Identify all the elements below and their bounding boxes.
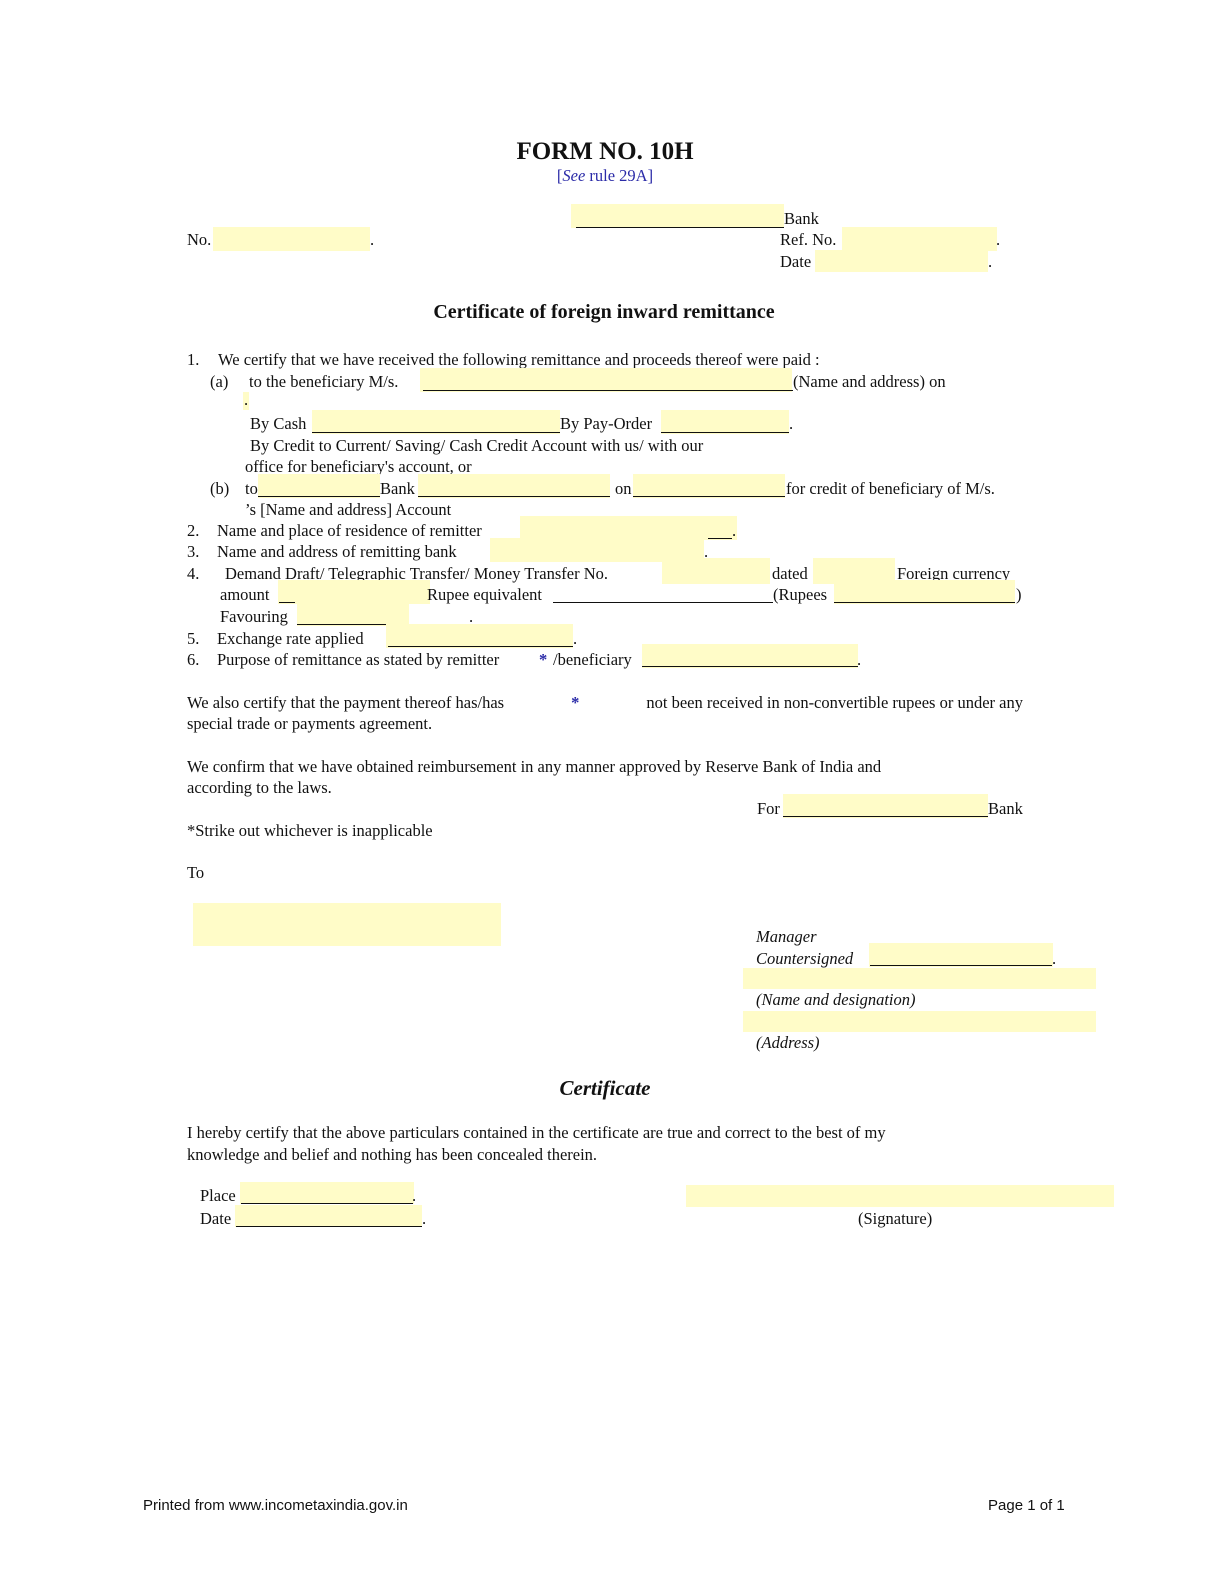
rupee-equivalent-underline: [553, 582, 773, 603]
for-label: For: [757, 799, 780, 819]
by-pay-order-label: By Pay-Order: [560, 414, 652, 434]
certificate-title: Certificate: [0, 1075, 1210, 1101]
ref-no-period: .: [996, 230, 1000, 250]
item-4-rupee-equivalent: Rupee equivalent: [427, 585, 542, 605]
item-2-text: Name and place of residence of remitter: [217, 521, 482, 541]
countersigned-label: Countersigned: [756, 949, 853, 969]
purpose-underline: [642, 646, 858, 667]
no-period: .: [370, 230, 374, 250]
item-6-beneficiary: /beneficiary: [553, 650, 632, 670]
transfer-no-field[interactable]: [662, 558, 770, 584]
item-4-favouring: Favouring: [220, 607, 288, 627]
exchange-rate-period: .: [573, 629, 577, 649]
item-b-on: on: [615, 479, 632, 499]
bank-name-underline: [576, 206, 784, 228]
b-on-underline: [633, 476, 785, 497]
remitter-underline: [708, 518, 732, 539]
rule-text: rule 29A]: [585, 166, 653, 185]
amount-underline: [279, 582, 295, 603]
countersigned-underline: [870, 945, 1052, 966]
form-title: FORM NO. 10H: [0, 137, 1210, 167]
item-6-number: 6.: [187, 650, 199, 670]
purpose-period: .: [857, 650, 861, 670]
item-4-amount: amount: [220, 585, 270, 605]
item-b-label: (b): [210, 479, 229, 499]
no-label: No.: [187, 230, 211, 250]
certificate-line-2: knowledge and belief and nothing has bee…: [187, 1145, 597, 1165]
place-underline: [241, 1183, 413, 1204]
date-on-period: .: [244, 390, 248, 410]
for-bank-underline: [783, 796, 988, 817]
strike-out-note: *Strike out whichever is inapplicable: [187, 821, 433, 841]
rule-reference: [See rule 29A]: [0, 166, 1210, 186]
name-address-on: (Name and address) on: [793, 372, 946, 392]
amount-field[interactable]: [278, 580, 430, 604]
date-field[interactable]: [815, 250, 988, 272]
by-pay-order-underline: [661, 412, 789, 433]
section-title: Certificate of foreign inward remittance: [0, 300, 1208, 324]
item-4-rupees-open: (Rupees: [773, 585, 827, 605]
item-b-to: to: [245, 479, 258, 499]
by-cash-underline: [312, 412, 560, 433]
item-b-account: ’s [Name and address] Account: [245, 500, 451, 520]
see-text: See: [562, 166, 585, 185]
confirm-line-2: according to the laws.: [187, 778, 332, 798]
also-certify-line-1: We also certify that the payment thereof…: [187, 693, 1023, 713]
place-label: Place: [200, 1186, 236, 1206]
by-cash-label: By Cash: [250, 414, 306, 434]
b-to-underline: [258, 476, 380, 497]
confirm-line-1: We confirm that we have obtained reimbur…: [187, 757, 881, 777]
by-credit-line-1: By Credit to Current/ Saving/ Cash Credi…: [250, 436, 703, 456]
also-certify-part-a: We also certify that the payment thereof…: [187, 693, 504, 713]
remitter-period: .: [732, 521, 736, 541]
item-3-number: 3.: [187, 542, 199, 562]
item-5-number: 5.: [187, 629, 199, 649]
item-4-rupees-close: ): [1016, 585, 1022, 605]
pay-order-period: .: [789, 414, 793, 434]
signature-label: (Signature): [858, 1209, 932, 1229]
signature-field[interactable]: [686, 1185, 1114, 1207]
item-4-number: 4.: [187, 564, 199, 584]
date-period: .: [988, 252, 992, 272]
item-5-text: Exchange rate applied: [217, 629, 364, 649]
cert-date-label: Date: [200, 1209, 231, 1229]
item-6-text: Purpose of remittance as stated by remit…: [217, 650, 499, 670]
date-label: Date: [780, 252, 811, 272]
beneficiary-underline: [423, 370, 793, 391]
ref-no-label: Ref. No.: [780, 230, 836, 250]
for-bank-label: Bank: [988, 799, 1023, 819]
address-field[interactable]: [743, 1011, 1096, 1032]
item-6-asterisk: *: [539, 650, 547, 670]
item-a-text: to the beneficiary M/s.: [249, 372, 398, 392]
certificate-line-1: I hereby certify that the above particul…: [187, 1123, 886, 1143]
item-4-dated: dated: [772, 564, 808, 584]
place-period: .: [412, 1186, 416, 1206]
item-a-label: (a): [210, 372, 228, 392]
rupees-words-underline: [834, 582, 1015, 603]
b-bank-underline: [418, 476, 610, 497]
manager-label: Manager: [756, 927, 817, 947]
item-b-for-credit: for credit of beneficiary of M/s.: [786, 479, 995, 499]
item-b-bank: Bank: [380, 479, 415, 499]
name-designation-label: (Name and designation): [756, 990, 915, 1010]
printed-from: Printed from www.incometaxindia.gov.in: [143, 1496, 408, 1516]
ref-no-field[interactable]: [842, 227, 997, 251]
item-1-number: 1.: [187, 350, 199, 370]
name-designation-field[interactable]: [743, 968, 1096, 989]
cert-date-period: .: [422, 1209, 426, 1229]
item-1-text: We certify that we have received the fol…: [218, 350, 820, 370]
address-label: (Address): [756, 1033, 820, 1053]
item-3-text: Name and address of remitting bank: [217, 542, 457, 562]
countersigned-period: .: [1052, 949, 1056, 969]
favouring-underline: [297, 604, 469, 625]
no-field[interactable]: [213, 227, 370, 251]
to-label: To: [187, 863, 204, 883]
page-number: Page 1 of 1: [988, 1496, 1065, 1516]
exchange-rate-underline: [388, 626, 573, 647]
cert-date-underline: [236, 1206, 422, 1227]
also-certify-line-2: special trade or payments agreement.: [187, 714, 432, 734]
bank-label: Bank: [784, 209, 819, 229]
item-2-number: 2.: [187, 521, 199, 541]
remitter-field[interactable]: [520, 516, 737, 540]
also-certify-part-b: not been received in non-convertible rup…: [646, 693, 1023, 713]
to-address-field[interactable]: [193, 903, 501, 946]
also-certify-asterisk: *: [571, 693, 579, 713]
